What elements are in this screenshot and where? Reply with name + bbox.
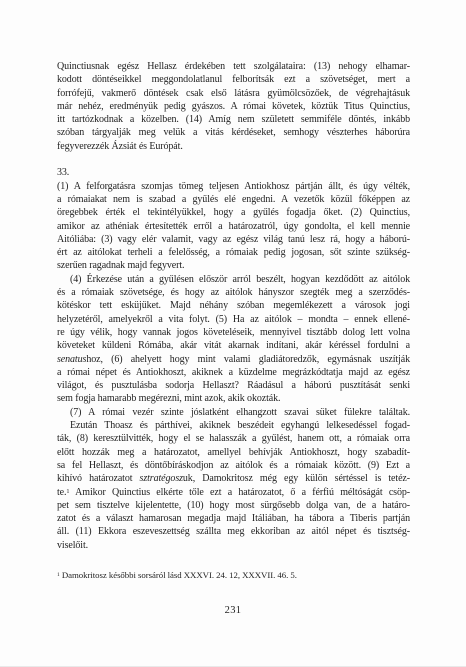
text-line: helyzetéről, amelyekről a vita folyt. (5… — [57, 313, 410, 326]
text-line: a rómaiakat nem is szabad a gyűlés elé e… — [57, 193, 410, 206]
text-line: forrófejű, vakmerő döntések csak első lá… — [57, 87, 410, 100]
paragraph-1: (1) A felforgatásra szomjas tömeg teljes… — [57, 180, 410, 273]
text-line: ért az aitólokat terheli a felelősség, a… — [57, 246, 410, 259]
text-line: (4) Érkezése után a gyűlésen először arr… — [57, 273, 410, 286]
page-number: 231 — [0, 605, 466, 616]
text-line: sem fogja hamarabb megérezni, mint azok,… — [57, 392, 410, 405]
text-line: amikor az athéniak értesítették erről a … — [57, 220, 410, 233]
text-line: senatushoz, (6) ahelyett hogy mint valam… — [57, 353, 410, 366]
text-line: áll. (11) Ekkora eszeveszettség szállta … — [57, 525, 410, 538]
book-page: Quinctiusnak egész Hellasz érdekében tet… — [0, 0, 466, 667]
text-line: előtt hozzák meg a határozatot, amellyel… — [57, 446, 410, 459]
paragraph-4: (4) Érkezése után a gyűlésen először arr… — [57, 273, 410, 406]
text-line: fegyverezzék Ázsiát és Európát. — [57, 140, 410, 153]
text-line: szerűen ragadnak majd fegyvert. — [57, 259, 410, 272]
text-line: itt tartózkodnak a közelben. (14) Amíg n… — [57, 113, 410, 126]
text-line: ták, (8) keresztülvitték, hogy el se hal… — [57, 432, 410, 445]
text-line: és a rómaiak szövetsége, és hogy az aitó… — [57, 286, 410, 299]
text-line: te.1 Amikor Quinctius elkérte tőle ezt a… — [57, 486, 410, 499]
text-line: a római népet és Antiokhoszt, akiknek a … — [57, 366, 410, 379]
text-line: sa fel Hellaszt, és döntőbíráskodjon az … — [57, 459, 410, 472]
text-line: Ezután Thoasz és párthívei, akiknek besz… — [57, 419, 410, 432]
text-line: Quinctiusnak egész Hellasz érdekében tet… — [57, 60, 410, 73]
text-line: kodott döntéseikkel meggondolatlanul fel… — [57, 73, 410, 86]
text-line: kihívó határozatot sztratégoszuk, Damokr… — [57, 472, 410, 485]
text-line: világot, és pusztulásba sodorja Hellaszt… — [57, 379, 410, 392]
section-number: 33. — [57, 166, 410, 179]
text-line: viselőit. — [57, 539, 410, 552]
paragraph-8: Ezután Thoasz és párthívei, akiknek besz… — [57, 419, 410, 552]
text-line: kötéskor tett esküjüket. Majd néhány szó… — [57, 299, 410, 312]
text-line: 1 Damokritosz későbbi sorsáról lásd XXXV… — [57, 569, 410, 581]
text-line: (7) A római vezér szinte jóslatként elha… — [57, 406, 410, 419]
text-line: pet sem tisztelve kijelentette, (10) hog… — [57, 499, 410, 512]
text-line: zatot és a választ hamarosan megadja maj… — [57, 512, 410, 525]
text-line: követeket küldeni Rómába, akár vitát aka… — [57, 339, 410, 352]
text-line: Aitóliába: (3) vagy elér valamit, vagy a… — [57, 233, 410, 246]
text-line: szóban tárgyalják meg velük a vitás kérd… — [57, 126, 410, 139]
text-line: re úgy vélik, hogy vannak jogos követelé… — [57, 326, 410, 339]
text-line: már nehéz, eredményük pedig gyászos. A r… — [57, 100, 410, 113]
text-line: öregebbek érték el tekintélyükkel, hogy … — [57, 206, 410, 219]
footnote: 1 Damokritosz későbbi sorsáról lásd XXXV… — [57, 569, 410, 581]
text-line: (1) A felforgatásra szomjas tömeg teljes… — [57, 180, 410, 193]
paragraph-7: (7) A római vezér szinte jóslatként elha… — [57, 406, 410, 419]
text-body: Quinctiusnak egész Hellasz érdekében tet… — [57, 60, 410, 552]
paragraph-intro: Quinctiusnak egész Hellasz érdekében tet… — [57, 60, 410, 153]
